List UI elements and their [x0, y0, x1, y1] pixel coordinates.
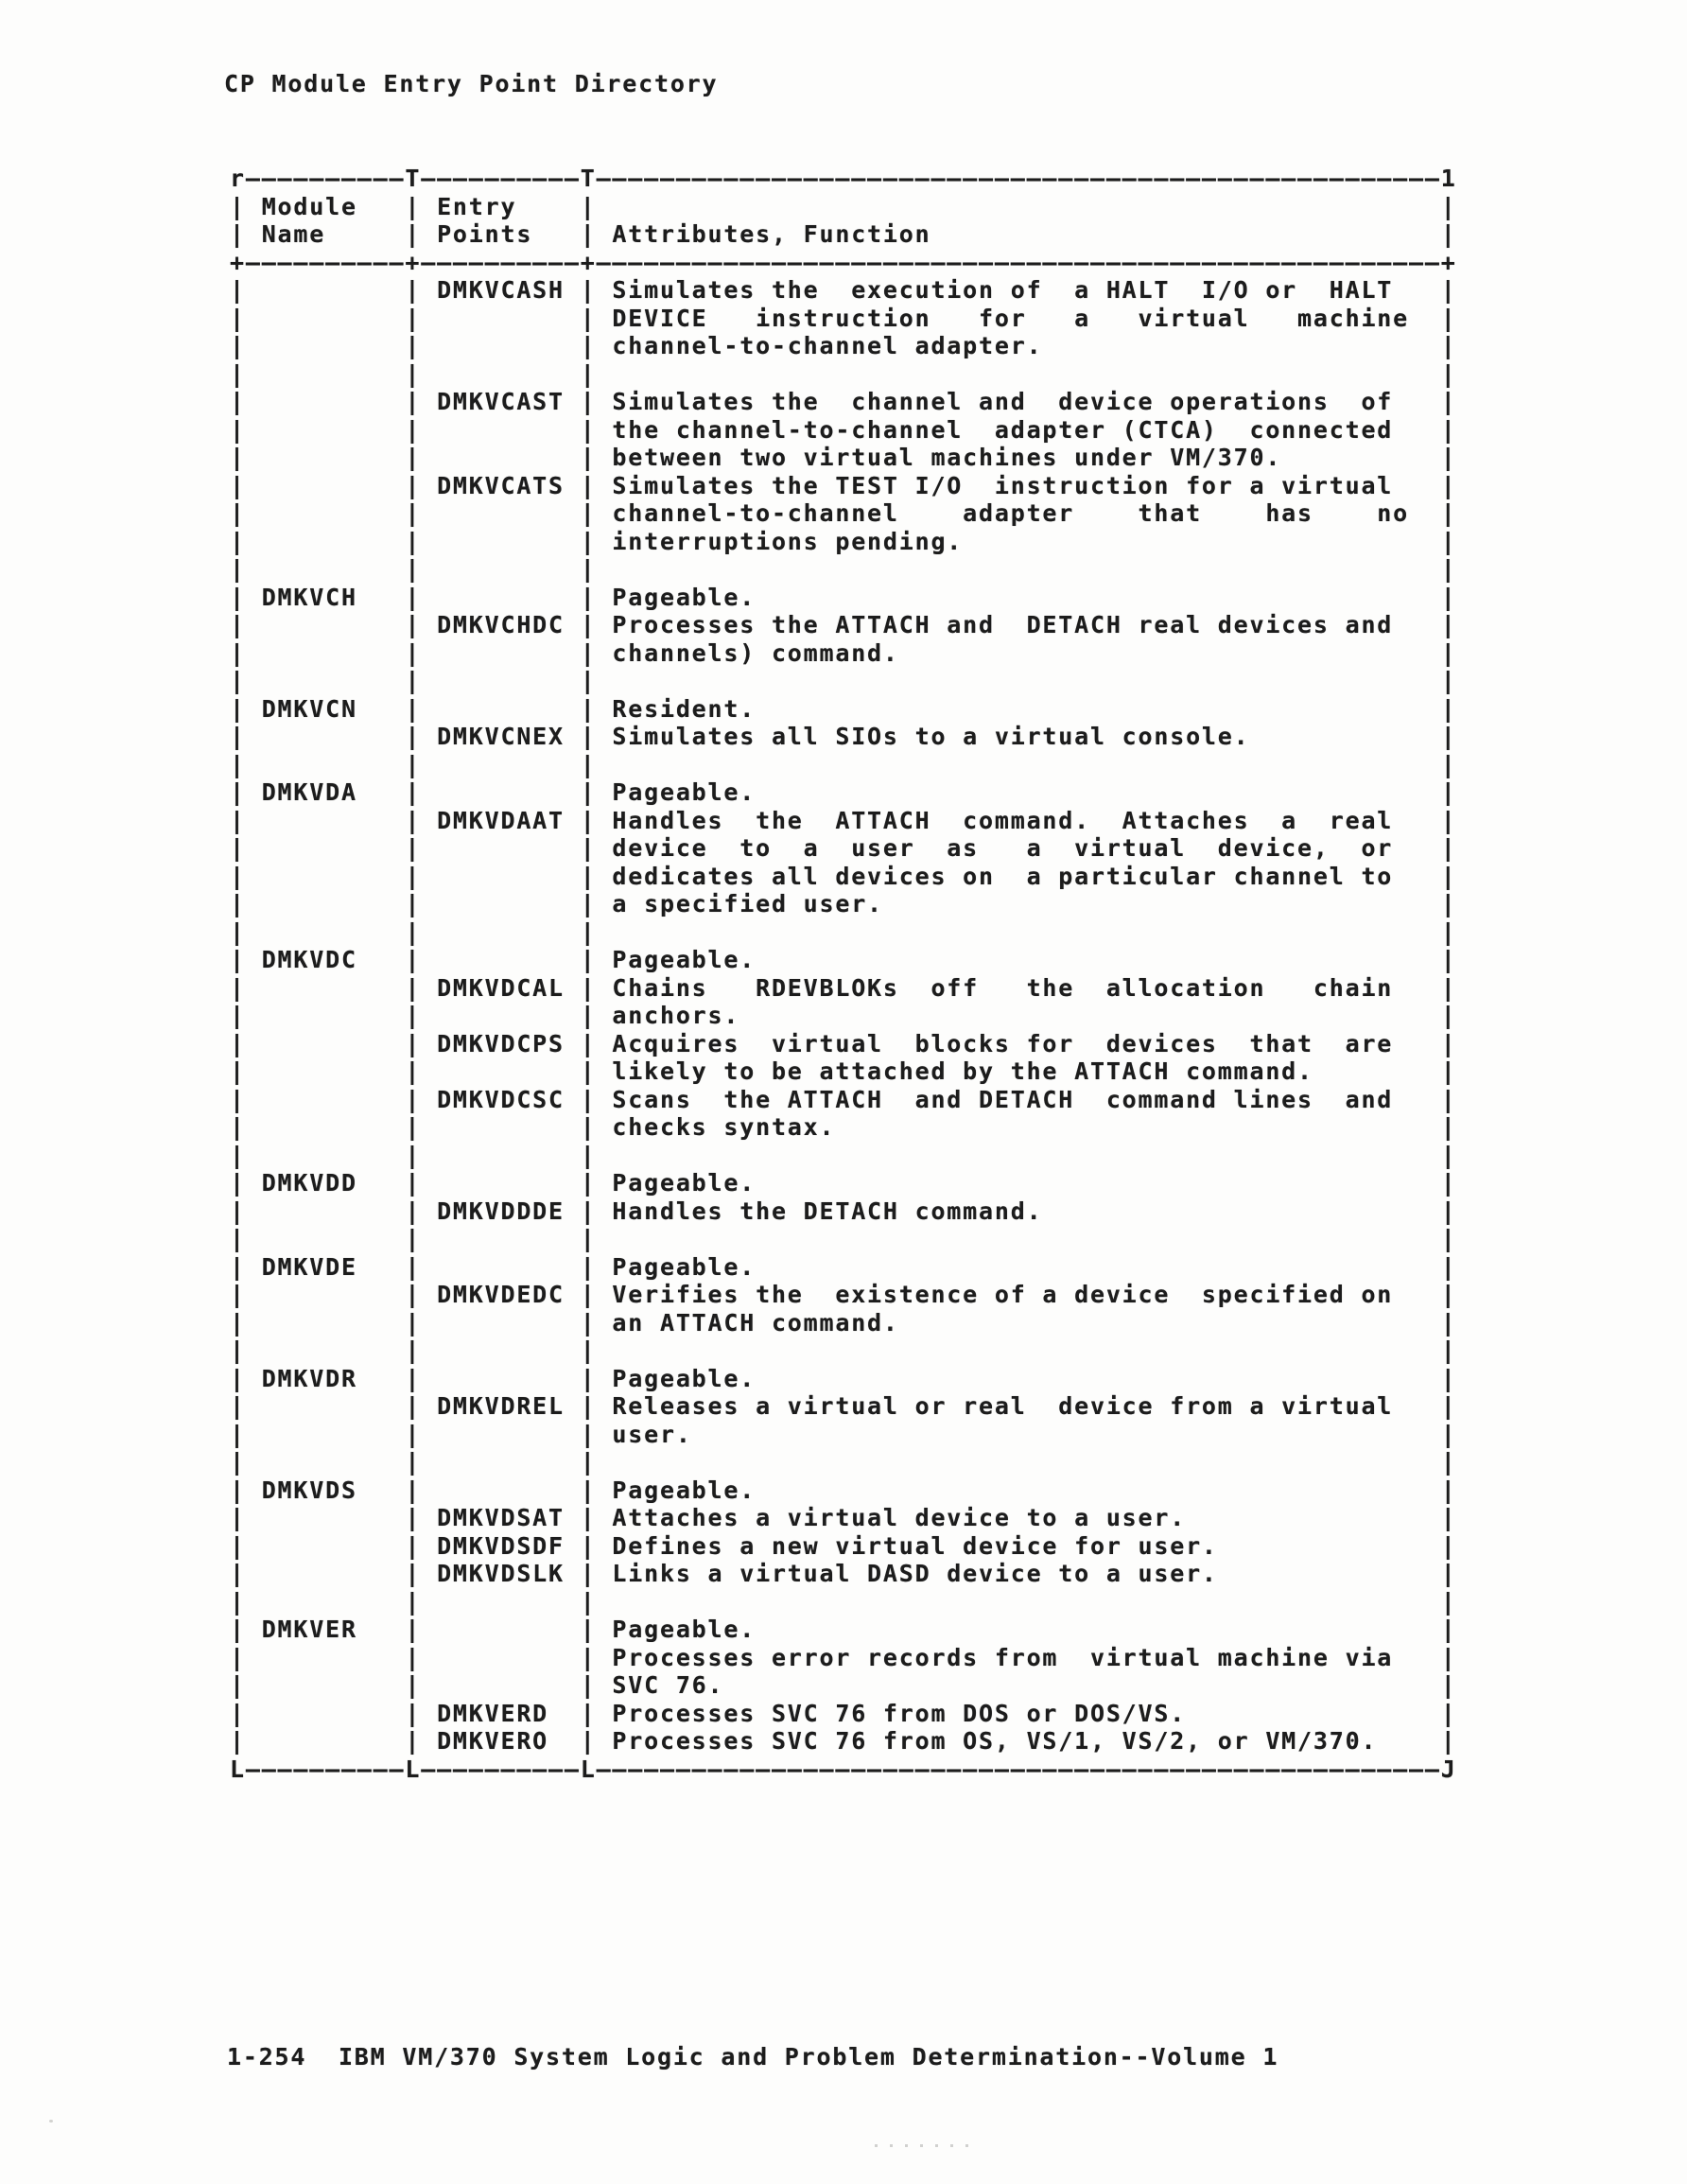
table-line: | | DMKVCHDC | Processes the ATTACH and …: [230, 611, 1457, 639]
table-line: | DMKVDA | | Pageable. |: [230, 778, 1457, 807]
table-line: | | DMKVERO | Processes SVC 76 from OS, …: [230, 1727, 1457, 1756]
table-line: | | DMKVDREL | Releases a virtual or rea…: [230, 1392, 1457, 1421]
table-line: | | DMKVCATS | Simulates the TEST I/O in…: [230, 472, 1457, 500]
table-line: | | | dedicates all devices on a particu…: [230, 863, 1457, 891]
table-line: | | | between two virtual machines under…: [230, 444, 1457, 472]
table-line: | | | |: [230, 1225, 1457, 1253]
table-line: | DMKVDR | | Pageable. |: [230, 1365, 1457, 1393]
table-line: | | | checks syntax. |: [230, 1113, 1457, 1142]
table-line: | | | DEVICE instruction for a virtual m…: [230, 305, 1457, 333]
table-line: | | | a specified user. |: [230, 890, 1457, 918]
table-line: | DMKVDE | | Pageable. |: [230, 1253, 1457, 1282]
table-line: | | DMKVDCSC | Scans the ATTACH and DETA…: [230, 1086, 1457, 1114]
table-top-border: r——————————T——————————T—————————————————…: [230, 165, 1457, 193]
table-header-line: | Name | Points | Attributes, Function |: [230, 220, 1457, 249]
table-line: | DMKVCN | | Resident. |: [230, 695, 1457, 724]
table-line: | | DMKVDCAL | Chains RDEVBLOKs off the …: [230, 974, 1457, 1003]
table-line: | DMKVDS | | Pageable. |: [230, 1476, 1457, 1505]
table-line: | | | interruptions pending. |: [230, 528, 1457, 556]
table-line: | | | |: [230, 360, 1457, 389]
table-line: | | | Processes error records from virtu…: [230, 1644, 1457, 1672]
table-line: | | DMKVDEDC | Verifies the existence of…: [230, 1281, 1457, 1309]
table-header-separator: +——————————+——————————+—————————————————…: [230, 249, 1457, 277]
table-line: | | | channel-to-channel adapter that ha…: [230, 499, 1457, 528]
table-line: | | | |: [230, 667, 1457, 695]
table-line: | DMKVDC | | Pageable. |: [230, 946, 1457, 974]
table-line: | | DMKVDSLK | Links a virtual DASD devi…: [230, 1560, 1457, 1588]
table-line: | | | |: [230, 751, 1457, 779]
table-line: | | | |: [230, 555, 1457, 584]
table-line: | | DMKVDAAT | Handles the ATTACH comman…: [230, 807, 1457, 835]
table-line: | | DMKVERD | Processes SVC 76 from DOS …: [230, 1700, 1457, 1728]
scan-artifact-dot: [49, 2120, 53, 2123]
module-table: r——————————T——————————T—————————————————…: [230, 165, 1457, 1783]
table-bottom-border: L——————————L——————————L—————————————————…: [230, 1756, 1457, 1784]
table-line: | | | device to a user as a virtual devi…: [230, 834, 1457, 863]
table-line: | | | channel-to-channel adapter. |: [230, 332, 1457, 360]
page-footer: 1-254 IBM VM/370 System Logic and Proble…: [227, 2043, 1278, 2071]
table-line: | | | anchors. |: [230, 1002, 1457, 1030]
table-line: | | DMKVDCPS | Acquires virtual blocks f…: [230, 1030, 1457, 1058]
table-line: | | DMKVDSDF | Defines a new virtual dev…: [230, 1532, 1457, 1561]
table-line: | | | likely to be attached by the ATTAC…: [230, 1057, 1457, 1086]
table-line: | | | |: [230, 1142, 1457, 1170]
table-line: | | | the channel-to-channel adapter (CT…: [230, 416, 1457, 445]
table-line: | | DMKVCAST | Simulates the channel and…: [230, 388, 1457, 416]
table-line: | DMKVCH | | Pageable. |: [230, 584, 1457, 612]
table-line: | | | user. |: [230, 1421, 1457, 1449]
table-line: | | | |: [230, 1588, 1457, 1616]
table-line: | | | |: [230, 1337, 1457, 1365]
page-root: CP Module Entry Point Directory r———————…: [0, 0, 1687, 2184]
table-line: | DMKVDD | | Pageable. |: [230, 1169, 1457, 1197]
table-line: | DMKVER | | Pageable. |: [230, 1616, 1457, 1644]
table-line: | | DMKVCASH | Simulates the execution o…: [230, 276, 1457, 305]
page-title: CP Module Entry Point Directory: [224, 70, 718, 98]
table-line: | | | an ATTACH command. |: [230, 1309, 1457, 1337]
table-header-line: | Module | Entry | |: [230, 193, 1457, 221]
table-line: | | | |: [230, 1448, 1457, 1476]
table-line: | | | channels) command. |: [230, 639, 1457, 668]
table-line: | | | SVC 76. |: [230, 1671, 1457, 1700]
scan-artifact-dots: [875, 2144, 979, 2147]
table-line: | | DMKVDDDE | Handles the DETACH comman…: [230, 1197, 1457, 1226]
table-line: | | DMKVCNEX | Simulates all SIOs to a v…: [230, 723, 1457, 751]
table-line: | | | |: [230, 918, 1457, 947]
table-line: | | DMKVDSAT | Attaches a virtual device…: [230, 1504, 1457, 1532]
